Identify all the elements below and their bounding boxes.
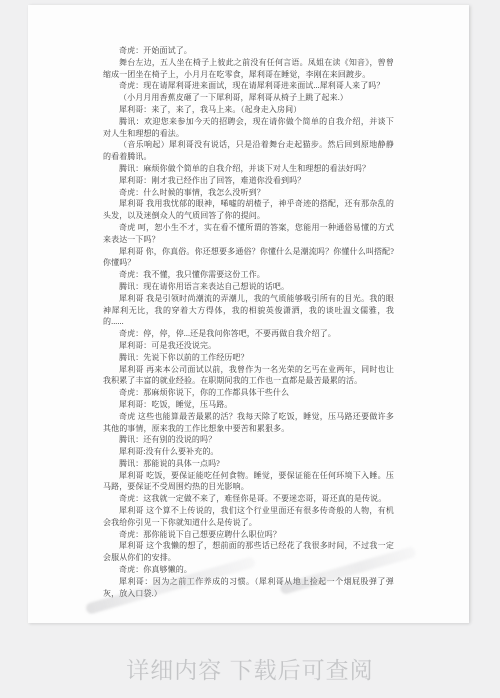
paragraph: 犀利哥：因为之前工作养成的习惯。（犀利哥从地上捡起一个烟屁股弹了弹灰，放入口袋.… [103, 576, 394, 600]
paragraph: 奇虎：停，停，停...还是我问你答吧，不要再做自我介绍了。 [103, 328, 394, 340]
paragraph: 腾讯：先说下你以前的工作经历吧？ [103, 352, 394, 364]
paragraph: 犀利哥：可是我还没说完。 [103, 340, 394, 352]
paragraph: 犀利哥 这个我懒的想了，想前面的那些话已经花了我很多时间，不过我一定会服从你们的… [103, 540, 394, 564]
preview-background: 奇虎：开始面试了。舞台左边，五人坐在椅子上彼此之前没有任何言语。凤姐在读《知音》… [0, 0, 500, 698]
paragraph: 腾讯：欢迎您来参加今天的招聘会，现在请你做个简单的自我介绍，并谈下对人生和理想的… [103, 116, 394, 140]
paragraph: 犀利哥 我是引领时尚潮流的弄潮儿，我的气质能够吸引所有的目光。我的眼神犀利无比，… [103, 293, 394, 328]
paragraph: （音乐响起）犀利哥没有说话，只是沿着舞台走起猫步。然后回到原地静静的看着腾讯。 [103, 139, 394, 163]
paragraph: 犀利哥：吃饭，睡觉，压马路。 [103, 399, 394, 411]
paragraph: 犀利哥：来了，来了，我马上来。（起身走入房间） [103, 104, 394, 116]
paragraph: 腾讯：还有别的没说的吗？ [103, 434, 394, 446]
paragraph: 犀利哥 再来本公司面试以前，我曾作为一名光荣的乞丐在业两年，同时也让我积累了丰富… [103, 364, 394, 388]
paragraph: 奇虎 呵，恕小生不才，实在看不懂所谓的答案，您能用一种通俗易懂的方式来表达一下吗… [103, 222, 394, 246]
paragraph: 犀利哥：刚才我已经作出了回答，难道你没看到吗？ [103, 175, 394, 187]
paragraph: 奇虎：开始面试了。 [103, 45, 394, 57]
paragraph: 奇虎：现在请犀利哥进来面试，现在请犀利哥进来面试...犀利哥人来了吗？ [103, 80, 394, 92]
paragraph: 奇虎：那麻烦你说下，你的工作都具体干些什么 [103, 387, 394, 399]
paragraph: 腾讯：那能说的具体一点吗? [103, 458, 394, 470]
paragraph: 犀利哥 吃饭，要保证能吃任何食物。睡觉，要保证能在任何环境下入睡。压马路，要保证… [103, 470, 394, 494]
download-notice: 详细内容 下载后可查阅 [0, 652, 500, 685]
paragraph: 奇虎：什么时候的事情，我怎么没听到？ [103, 187, 394, 199]
paragraph: 舞台左边，五人坐在椅子上彼此之前没有任何言语。凤姐在读《知音》，曾曾缩成一团坐在… [103, 57, 394, 81]
document-page: 奇虎：开始面试了。舞台左边，五人坐在椅子上彼此之前没有任何言语。凤姐在读《知音》… [28, 5, 469, 623]
paragraph: （小月月用香蕉皮砸了一下犀利哥，犀利哥从椅子上跳了起来.） [103, 92, 394, 104]
paragraph: 奇虎 这些也能算最苦最累的活？我每天除了吃饭，睡觉，压马路还要做许多其他的事情，… [103, 411, 394, 435]
paragraph: 奇虎：你真够懒的。 [103, 564, 394, 576]
paragraph: 犀利哥 你，你真俗。你还想要多通俗？你懂什么是潮流吗？你懂什么叫搭配?你懂吗？ [103, 246, 394, 270]
paragraph: 奇虎：这我就一定做不来了，难怪你是哥。不要迷恋哥，哥还真的是传说。 [103, 493, 394, 505]
paragraph: 腾讯：麻烦你做个简单的自我介绍，并谈下对人生和理想的看法好吗？ [103, 163, 394, 175]
paragraph: 奇虎：我不懂，我只懂你需要这份工作。 [103, 269, 394, 281]
paragraph: 犀利哥 我用我忧郁的眼神，唏嘘的胡楂子，神乎奇迹的搭配，还有那杂乱的头发，以及迷… [103, 198, 394, 222]
document-body: 奇虎：开始面试了。舞台左边，五人坐在椅子上彼此之前没有任何言语。凤姐在读《知音》… [103, 45, 394, 599]
paragraph: 腾讯：现在请你用语言来表达自己想说的话吧。 [103, 281, 394, 293]
paragraph: 奇虎：那你能说下自己想要应聘什么职位吗？ [103, 529, 394, 541]
paragraph: 犀利哥 这个算不上传说的，我们这个行业里面还有很多传奇般的人物，有机会我给你引见… [103, 505, 394, 529]
paragraph: 犀利哥:没有什么要补充的。 [103, 446, 394, 458]
